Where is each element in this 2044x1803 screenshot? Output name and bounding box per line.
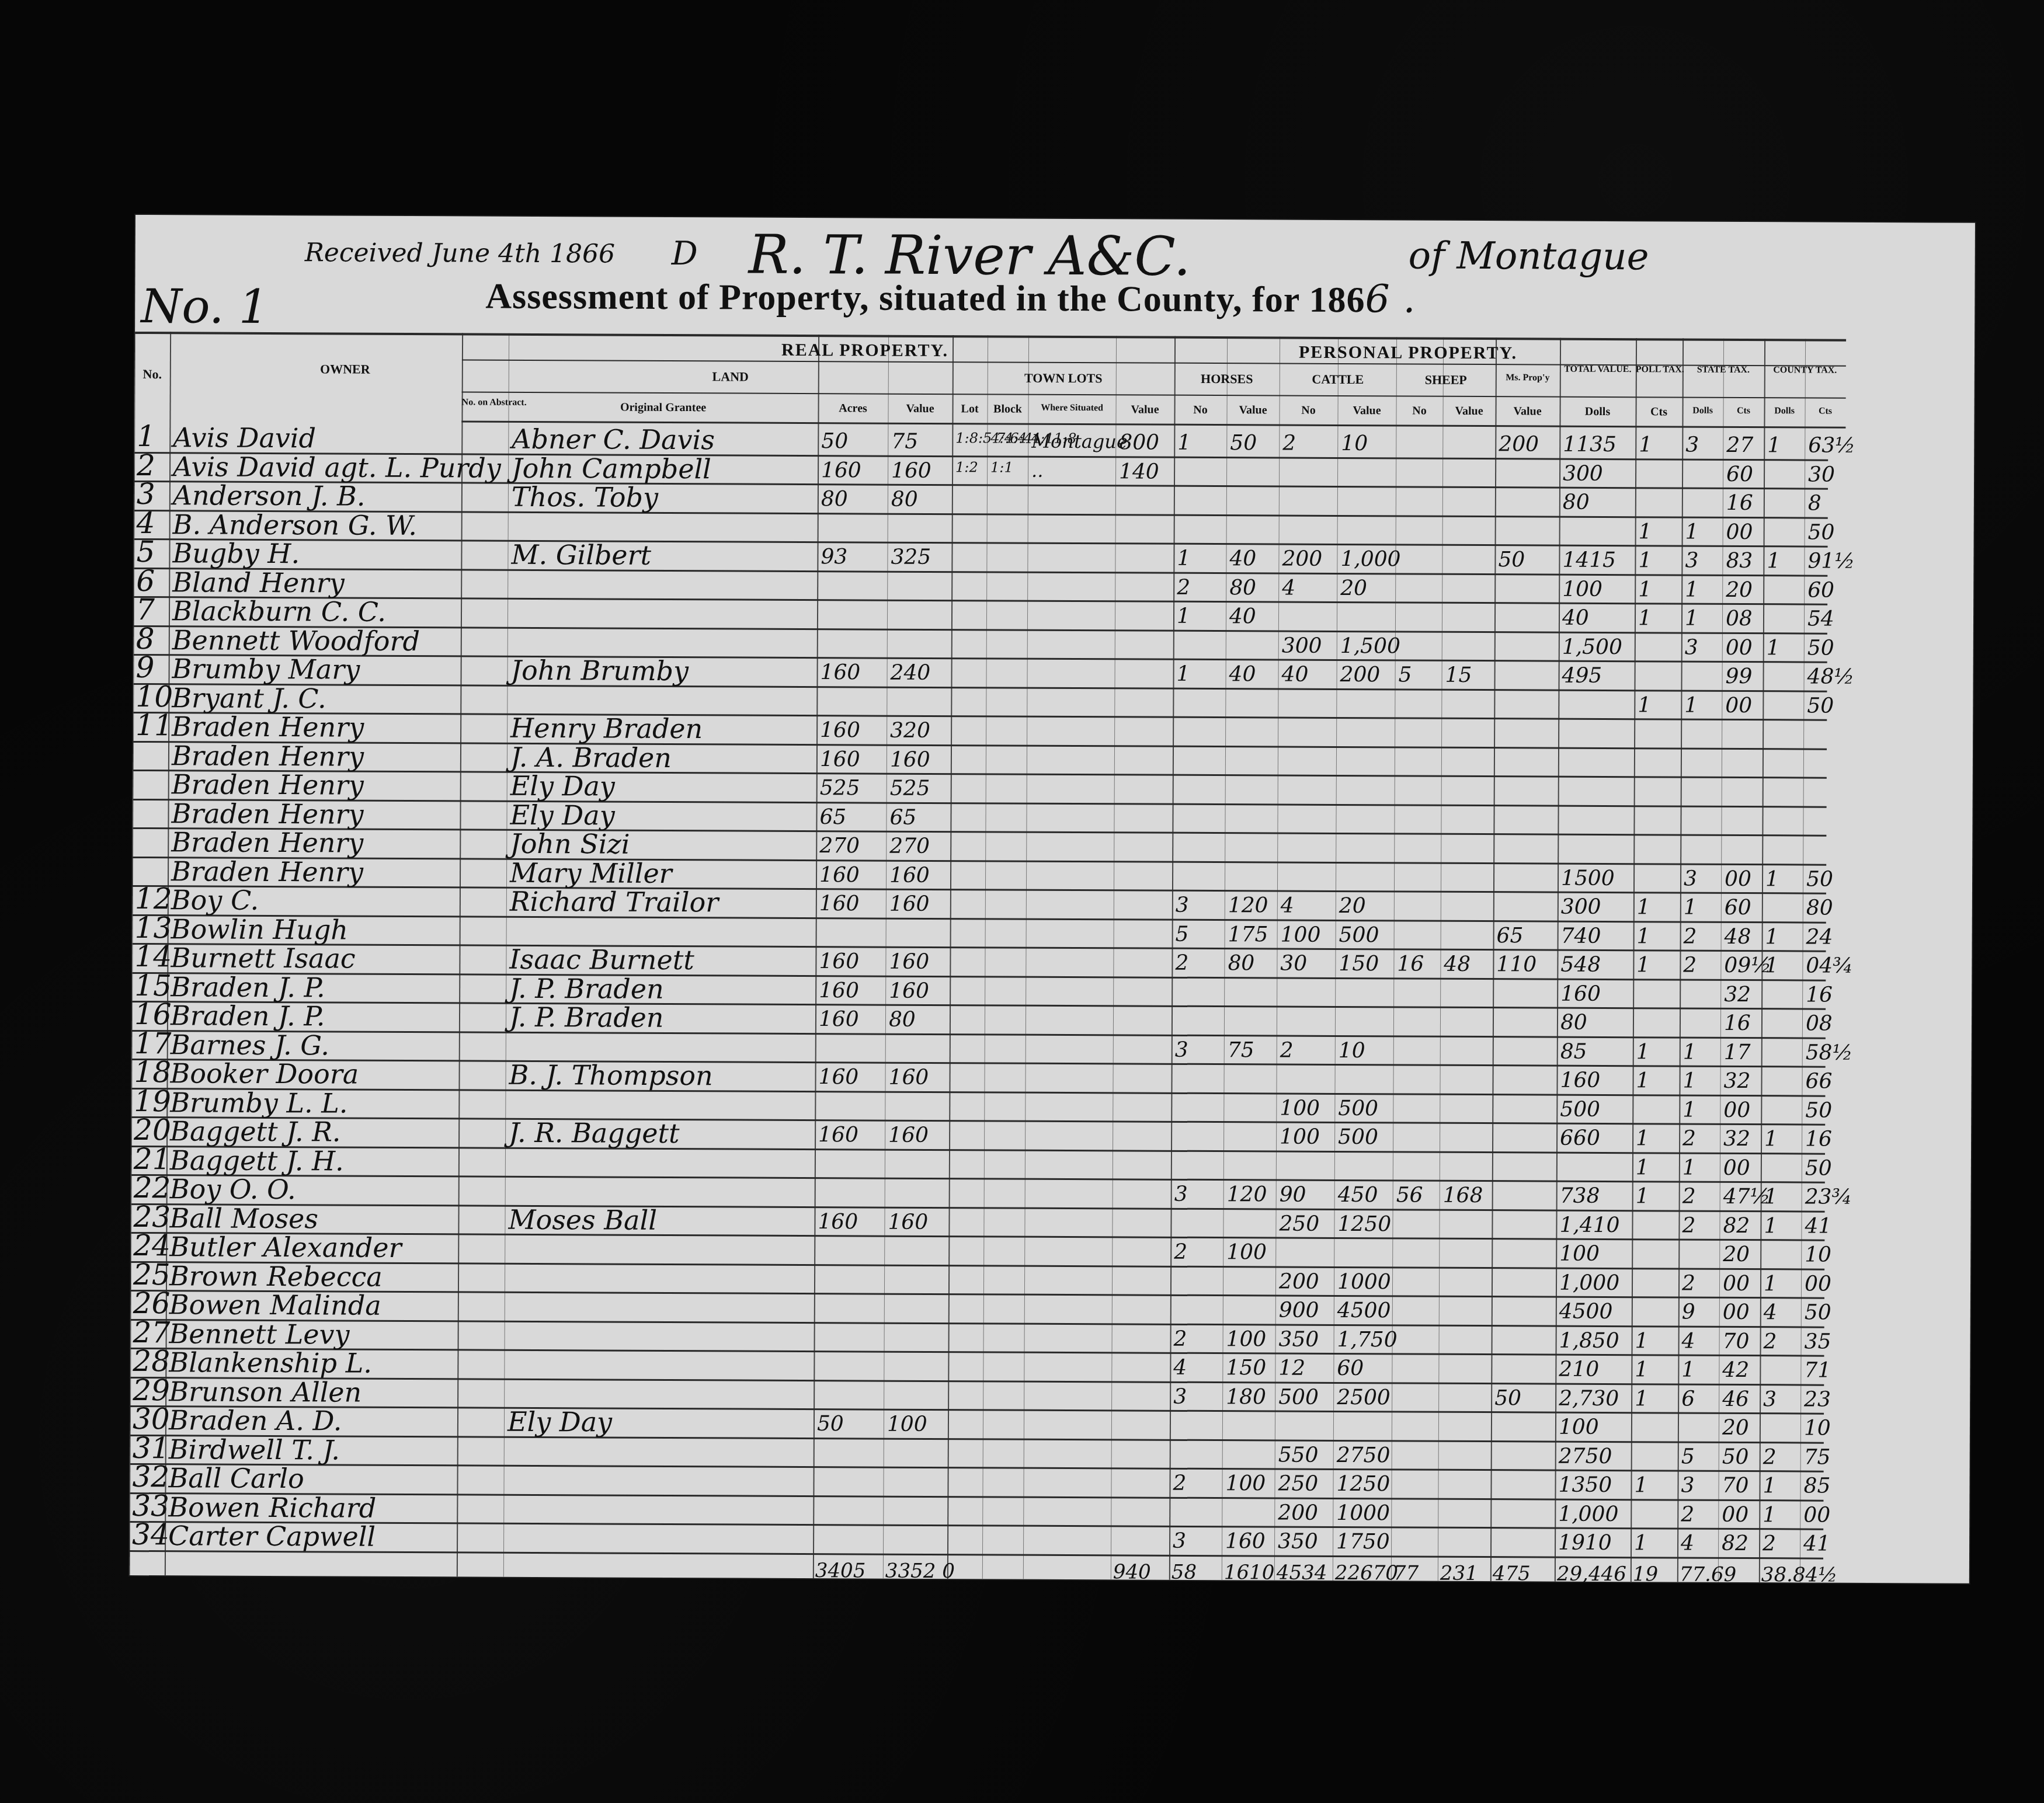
value-cell: 6	[1681, 1387, 1695, 1411]
value-cell: 20	[1339, 894, 1366, 918]
original-grantee: John Campbell	[512, 452, 711, 484]
header-total-value: TOTAL VALUE.	[1560, 364, 1636, 375]
column-divider	[883, 335, 889, 1579]
value-cell: 16	[1806, 983, 1833, 1007]
owner-name: Braden Henry	[171, 855, 363, 887]
value-cell: 160	[819, 979, 859, 1003]
column-total: 475	[1493, 1562, 1531, 1585]
value-cell: 1,000	[1340, 547, 1400, 571]
value-cell: 525	[890, 777, 930, 800]
value-cell: 80	[1560, 1011, 1587, 1035]
value-cell: 180	[1226, 1385, 1266, 1409]
value-cell: 32	[1723, 1127, 1750, 1151]
header-state-cts: Cts	[1723, 406, 1764, 416]
original-grantee: Thos. Toby	[512, 481, 658, 513]
value-cell: 80	[1563, 490, 1590, 514]
value-cell: 90	[1280, 1183, 1306, 1207]
owner-name: Bland Henry	[172, 566, 345, 598]
value-cell: 250	[1278, 1472, 1318, 1496]
value-cell: 80	[1806, 896, 1833, 920]
value-cell: 82	[1722, 1531, 1748, 1555]
value-cell: 1	[1639, 520, 1652, 544]
value-cell: 70	[1722, 1474, 1748, 1498]
value-cell: 1	[1763, 1474, 1776, 1498]
column-total: 3352 0	[885, 1559, 955, 1583]
owner-name: Brunson Allen	[169, 1376, 361, 1408]
value-cell: 100	[1280, 1125, 1320, 1149]
value-cell: 2,730	[1559, 1386, 1619, 1410]
value-cell: 2	[1763, 1531, 1776, 1555]
value-cell: 1	[1763, 1503, 1776, 1527]
header-sheep-value: Value	[1443, 405, 1496, 418]
value-cell: 1	[1636, 1155, 1649, 1179]
value-cell: 100	[1226, 1327, 1267, 1351]
value-cell: 75	[1804, 1445, 1831, 1469]
value-cell: 20	[1722, 1416, 1749, 1440]
value-cell: 738	[1560, 1184, 1600, 1208]
owner-name: Boy O. O.	[170, 1173, 296, 1205]
value-cell: 4	[1681, 1531, 1694, 1555]
value-cell: 3	[1685, 433, 1699, 457]
value-cell: 160	[889, 950, 929, 974]
owner-name: Boy C.	[171, 884, 259, 916]
value-cell: 3	[1176, 893, 1189, 917]
value-cell: 160	[818, 1065, 858, 1089]
value-cell: 740	[1561, 924, 1601, 948]
owner-name: Ball Moses	[169, 1202, 318, 1234]
value-cell: 3	[1175, 1038, 1188, 1061]
value-cell: 4	[1682, 1329, 1695, 1353]
value-cell: 41	[1803, 1531, 1830, 1555]
value-cell: 48	[1725, 924, 1751, 948]
owner-name: Burnett Isaac	[171, 942, 355, 974]
column-total: 58	[1172, 1560, 1197, 1583]
value-cell: 3	[1763, 1387, 1777, 1411]
value-cell: 8	[1808, 492, 1821, 516]
value-cell: 2	[1683, 953, 1697, 977]
header-lots-value: Value	[1116, 403, 1174, 416]
value-cell: 35	[1805, 1329, 1831, 1353]
value-cell: 1,850	[1559, 1328, 1619, 1352]
header-county-cts: Cts	[1805, 406, 1846, 416]
value-cell: 168	[1443, 1184, 1483, 1207]
value-cell: 60	[1337, 1356, 1364, 1380]
value-cell: 2	[1174, 1240, 1187, 1264]
value-cell: 3	[1173, 1529, 1186, 1553]
value-cell: 350	[1279, 1327, 1319, 1351]
value-cell: 1	[1683, 1098, 1696, 1122]
column-divider	[1438, 337, 1444, 1581]
column-divider	[813, 335, 819, 1578]
header-sheep-no: No	[1396, 404, 1443, 417]
value-cell: 3	[1685, 635, 1698, 659]
column-divider	[1391, 337, 1397, 1581]
column-divider	[982, 335, 988, 1579]
column-total: 4534	[1277, 1561, 1327, 1584]
value-cell: 60	[1726, 462, 1753, 486]
owner-name: Brumby L. L.	[170, 1087, 347, 1119]
value-cell: 1250	[1337, 1212, 1391, 1235]
value-cell: 160	[820, 747, 860, 771]
owner-name: Bowen Malinda	[169, 1289, 381, 1321]
value-cell: 66	[1805, 1069, 1832, 1093]
original-grantee: B. J. Thompson	[509, 1059, 712, 1092]
value-cell: 09½	[1724, 953, 1771, 977]
column-divider	[1023, 336, 1029, 1579]
value-cell: 50	[821, 429, 848, 453]
header-acres: Acres	[818, 402, 888, 416]
value-cell: 150	[1226, 1356, 1266, 1380]
value-cell: 160	[819, 863, 860, 887]
value-cell: 80	[891, 488, 918, 511]
value-cell: 15	[1445, 663, 1472, 687]
value-cell: 160	[889, 892, 930, 916]
value-cell: 1	[1635, 1329, 1649, 1353]
header-misc-value: Value	[1496, 405, 1560, 418]
value-cell: 20	[1726, 577, 1753, 601]
header-rule	[135, 332, 1846, 342]
owner-name: Booker Doora	[170, 1057, 359, 1090]
value-cell: 71	[1804, 1358, 1831, 1382]
owner-name: Blankenship L.	[169, 1346, 372, 1379]
value-cell: 100	[1559, 1415, 1599, 1439]
header-original-grantee: Original Grantee	[509, 401, 818, 415]
title-year: 6 .	[1365, 276, 1416, 321]
value-cell: 50	[1805, 1156, 1832, 1180]
value-cell: 175	[1228, 923, 1268, 946]
original-grantee: J. P. Braden	[509, 1001, 664, 1033]
owner-name: Bennett Levy	[169, 1318, 350, 1350]
value-cell: 500	[1339, 923, 1379, 947]
value-cell: 00	[1723, 1155, 1750, 1179]
value-cell: 1	[1684, 896, 1697, 920]
value-cell: 100	[1281, 923, 1321, 946]
value-cell: 2	[1683, 1127, 1696, 1151]
value-cell: 85	[1560, 1039, 1587, 1063]
value-cell: 5	[1681, 1445, 1695, 1468]
value-cell: 23	[1804, 1387, 1831, 1411]
value-cell: 2	[1174, 1327, 1187, 1350]
header-horses-no: No	[1174, 403, 1227, 417]
owner-name: Bowen Richard	[168, 1491, 376, 1524]
value-cell: 00	[1722, 1502, 1748, 1526]
value-cell: 2	[1763, 1445, 1777, 1469]
header-cattle-value: Value	[1338, 404, 1396, 417]
value-cell: 5	[1176, 922, 1189, 946]
original-grantee: J. P. Braden	[509, 972, 664, 1004]
value-cell: 80	[889, 1008, 916, 1032]
value-cell: 1	[1767, 636, 1780, 660]
value-cell: 160	[818, 1210, 858, 1234]
value-cell: 160	[820, 718, 860, 742]
value-cell: 80	[821, 487, 848, 511]
value-cell: 200	[1340, 663, 1380, 687]
value-cell: 46	[1722, 1387, 1749, 1411]
header-cattle: CATTLE	[1280, 372, 1396, 388]
value-cell: 1	[1764, 1185, 1778, 1209]
value-cell: 500	[1338, 1097, 1378, 1120]
value-cell: 325	[891, 545, 931, 569]
column-divider	[457, 333, 463, 1576]
value-cell: 2	[1175, 951, 1188, 975]
value-cell: 65	[1497, 924, 1524, 948]
value-cell: 200	[1279, 1269, 1319, 1293]
value-cell: 1	[1685, 520, 1699, 544]
value-cell: 1	[1636, 1184, 1649, 1208]
value-cell: 41	[1805, 1214, 1831, 1238]
value-cell: 160	[888, 1123, 929, 1147]
value-cell: 12	[1278, 1356, 1305, 1380]
value-cell: 1500	[1561, 866, 1615, 890]
value-cell: 50	[1230, 431, 1257, 455]
column-total: 77.69	[1680, 1562, 1737, 1586]
value-cell: 1,000	[1558, 1502, 1618, 1526]
value-cell: 40	[1229, 662, 1256, 686]
value-cell: 42	[1722, 1358, 1749, 1382]
owner-name: Bugby H.	[172, 537, 300, 569]
original-grantee: Moses Ball	[508, 1203, 657, 1235]
owner-name: Bryant J. C.	[172, 682, 326, 714]
value-cell: 32	[1723, 1069, 1750, 1093]
value-cell: 3	[1174, 1182, 1188, 1206]
value-cell: 160	[889, 979, 929, 1003]
value-cell: 10	[1805, 1242, 1831, 1266]
value-cell: 58½	[1806, 1040, 1853, 1064]
header-poll-tax: POLL TAX.	[1636, 364, 1683, 375]
owner-name: Butler Alexander	[169, 1231, 402, 1264]
value-cell: 550	[1278, 1443, 1319, 1467]
value-cell: 1	[1684, 693, 1698, 717]
owner-name: Baggett J. H.	[170, 1144, 344, 1177]
header-lot: Lot	[953, 402, 988, 416]
value-cell: 2	[1684, 924, 1697, 948]
value-cell: 320	[890, 719, 930, 743]
value-cell: 99	[1725, 664, 1752, 688]
value-cell: 54	[1807, 607, 1834, 631]
value-cell: 3	[1173, 1384, 1187, 1408]
value-cell: 83	[1726, 549, 1753, 573]
value-cell: 10	[1341, 431, 1368, 455]
original-grantee: John Sizi	[510, 828, 630, 860]
page-title: Assessment of Property, situated in the …	[485, 273, 1416, 322]
value-cell: 160	[888, 1210, 928, 1234]
value-cell: 30	[1280, 952, 1307, 976]
original-grantee: J. A. Braden	[510, 741, 672, 773]
value-cell: 1	[1638, 606, 1652, 630]
owner-name: Braden Henry	[171, 798, 363, 830]
value-cell: 56	[1396, 1183, 1423, 1207]
header-land-value: Value	[888, 402, 953, 416]
value-cell: 48½	[1807, 664, 1854, 688]
column-divider	[947, 335, 954, 1579]
row-rule	[133, 856, 1826, 865]
value-cell: 100	[1226, 1240, 1267, 1264]
row-rule	[133, 740, 1827, 750]
value-cell: 1	[1638, 577, 1652, 601]
value-cell: 50	[1722, 1445, 1749, 1468]
value-cell: 300	[1282, 634, 1322, 657]
value-cell: 00	[1723, 1098, 1750, 1122]
value-cell: 1250	[1336, 1472, 1390, 1496]
value-cell: 47½	[1723, 1185, 1771, 1209]
value-cell: 160	[890, 747, 930, 771]
title-text: Assessment of Property, situated in the …	[485, 277, 1365, 321]
value-cell: 00	[1723, 1271, 1750, 1295]
header-horses-value: Value	[1227, 403, 1280, 417]
value-cell: 1	[1683, 1155, 1696, 1179]
block-number: 1:1	[990, 459, 1013, 475]
value-cell: 1	[1765, 867, 1779, 891]
value-cell: 10	[1339, 1039, 1365, 1063]
row-rule	[133, 798, 1827, 807]
value-cell: 1	[1177, 431, 1191, 455]
value-cell: 1	[1638, 693, 1651, 717]
value-cell: 4	[1282, 576, 1295, 600]
where-situated: Montague	[1031, 430, 1128, 453]
value-cell: 200	[1499, 432, 1539, 456]
value-cell: 75	[1228, 1038, 1254, 1062]
value-cell: 100	[887, 1412, 927, 1436]
value-cell: 160	[819, 892, 860, 916]
value-cell: 100	[1225, 1471, 1266, 1495]
value-cell: 4500	[1559, 1300, 1613, 1324]
value-cell: 1135	[1563, 433, 1617, 457]
value-cell: 3	[1685, 549, 1698, 573]
value-cell: 1,500	[1562, 635, 1622, 659]
value-cell: 16	[1726, 491, 1753, 515]
value-cell: 16	[1724, 1011, 1751, 1035]
owner-name: Avis David	[173, 422, 316, 454]
value-cell: 91½	[1807, 549, 1855, 573]
value-cell: 1350	[1558, 1473, 1612, 1497]
header-state-tax: STATE TAX.	[1683, 365, 1764, 376]
value-cell: 120	[1228, 893, 1268, 917]
header-rule	[462, 391, 1846, 398]
value-cell: 100	[1562, 577, 1602, 601]
value-cell: 9	[1682, 1300, 1695, 1324]
value-cell: 08	[1726, 607, 1753, 631]
ledger-grid: REAL PROPERTY.PERSONAL PROPERTY.OWNERNo.…	[130, 332, 1829, 1583]
value-cell: 50	[1808, 520, 1835, 544]
value-cell: 40	[1562, 606, 1589, 630]
value-cell: 120	[1227, 1182, 1267, 1206]
value-cell: 93	[821, 545, 847, 569]
value-cell: 50	[1807, 636, 1834, 660]
column-total: 19	[1633, 1562, 1658, 1586]
original-grantee: M. Gilbert	[511, 539, 651, 571]
value-cell: 1	[1767, 433, 1781, 457]
header-owner: OWNER	[310, 361, 380, 377]
value-cell: 495	[1562, 664, 1602, 688]
owner-name: Braden Henry	[172, 740, 364, 772]
value-cell: 40	[1229, 547, 1256, 570]
value-cell: 1	[1685, 577, 1698, 601]
column-total: 77	[1393, 1561, 1419, 1585]
where-situated: ..	[1031, 459, 1044, 481]
value-cell: 40	[1229, 604, 1256, 628]
value-cell: 160	[821, 458, 861, 482]
original-grantee: Ely Day	[510, 770, 615, 802]
value-cell: 1,410	[1559, 1213, 1619, 1237]
header-land: LAND	[509, 368, 953, 385]
value-cell: 1,500	[1340, 634, 1400, 658]
value-cell: 50	[1498, 548, 1525, 572]
column-total: 3405	[815, 1559, 866, 1582]
column-divider	[1111, 336, 1117, 1579]
header-real-property: REAL PROPERTY.	[719, 340, 1011, 361]
value-cell: 5	[1398, 663, 1412, 687]
value-cell: 1	[1638, 548, 1652, 572]
value-cell: 60	[1807, 578, 1834, 602]
value-cell: 2	[1280, 1038, 1294, 1062]
value-cell: 160	[819, 949, 859, 973]
value-cell: 50	[1805, 1098, 1832, 1122]
value-cell: 00	[1803, 1503, 1830, 1527]
value-cell: 160	[818, 1123, 858, 1147]
value-cell: 160	[889, 863, 930, 887]
county-name: of Montague	[1409, 235, 1649, 279]
value-cell: 1	[1634, 1531, 1647, 1555]
value-cell: 00	[1726, 520, 1753, 544]
lot-number: 1:2	[955, 459, 978, 475]
district-mark: D	[672, 235, 698, 273]
header-personal-property: PERSONAL PROPERTY.	[1245, 342, 1572, 363]
value-cell: 1910	[1558, 1531, 1612, 1555]
value-cell: 2	[1681, 1502, 1694, 1526]
value-cell: 200	[1282, 547, 1322, 571]
value-cell: 75	[891, 430, 918, 454]
value-cell: 23¾	[1805, 1185, 1852, 1209]
value-cell: 350	[1278, 1530, 1318, 1554]
owner-name: Baggett J. R.	[170, 1115, 341, 1147]
value-cell: 1	[1635, 1387, 1648, 1411]
value-cell: 2	[1682, 1271, 1695, 1295]
value-cell: 50	[1494, 1386, 1521, 1410]
header-county-dolls: Dolls	[1764, 406, 1805, 416]
value-cell: 4	[1281, 894, 1294, 918]
value-cell: 1	[1765, 953, 1778, 977]
value-cell: 63½	[1808, 434, 1855, 458]
value-cell: 500	[1278, 1385, 1319, 1409]
owner-name: Ball Carlo	[168, 1462, 304, 1494]
value-cell: 1	[1636, 1040, 1650, 1064]
original-grantee: Henry Braden	[510, 712, 703, 744]
value-cell: 65	[819, 805, 846, 829]
value-cell: 1	[1767, 549, 1780, 573]
value-cell: 50	[817, 1412, 844, 1436]
column-total: 1610	[1224, 1561, 1275, 1584]
value-cell: 200	[1278, 1501, 1318, 1524]
value-cell: 17	[1724, 1040, 1751, 1064]
original-grantee: J. R. Baggett	[509, 1117, 680, 1149]
header-town-lots: TOWN LOTS	[953, 370, 1174, 387]
value-cell: 250	[1279, 1212, 1319, 1235]
value-cell: 2750	[1337, 1443, 1391, 1467]
row-number: 11	[135, 708, 173, 742]
value-cell: 50	[1807, 694, 1834, 718]
value-cell: 1	[1176, 662, 1190, 686]
value-cell: 210	[1559, 1358, 1599, 1381]
owner-name: Brown Rebecca	[169, 1260, 383, 1293]
value-cell: 160	[819, 1007, 859, 1031]
value-cell: 1	[1177, 547, 1190, 570]
value-cell: 270	[889, 834, 930, 858]
value-cell: 1	[1683, 1069, 1696, 1093]
owner-name: Bowlin Hugh	[171, 913, 349, 945]
value-cell: 70	[1723, 1329, 1750, 1353]
value-cell: 160	[891, 458, 931, 482]
value-cell: 1	[1764, 1127, 1778, 1151]
